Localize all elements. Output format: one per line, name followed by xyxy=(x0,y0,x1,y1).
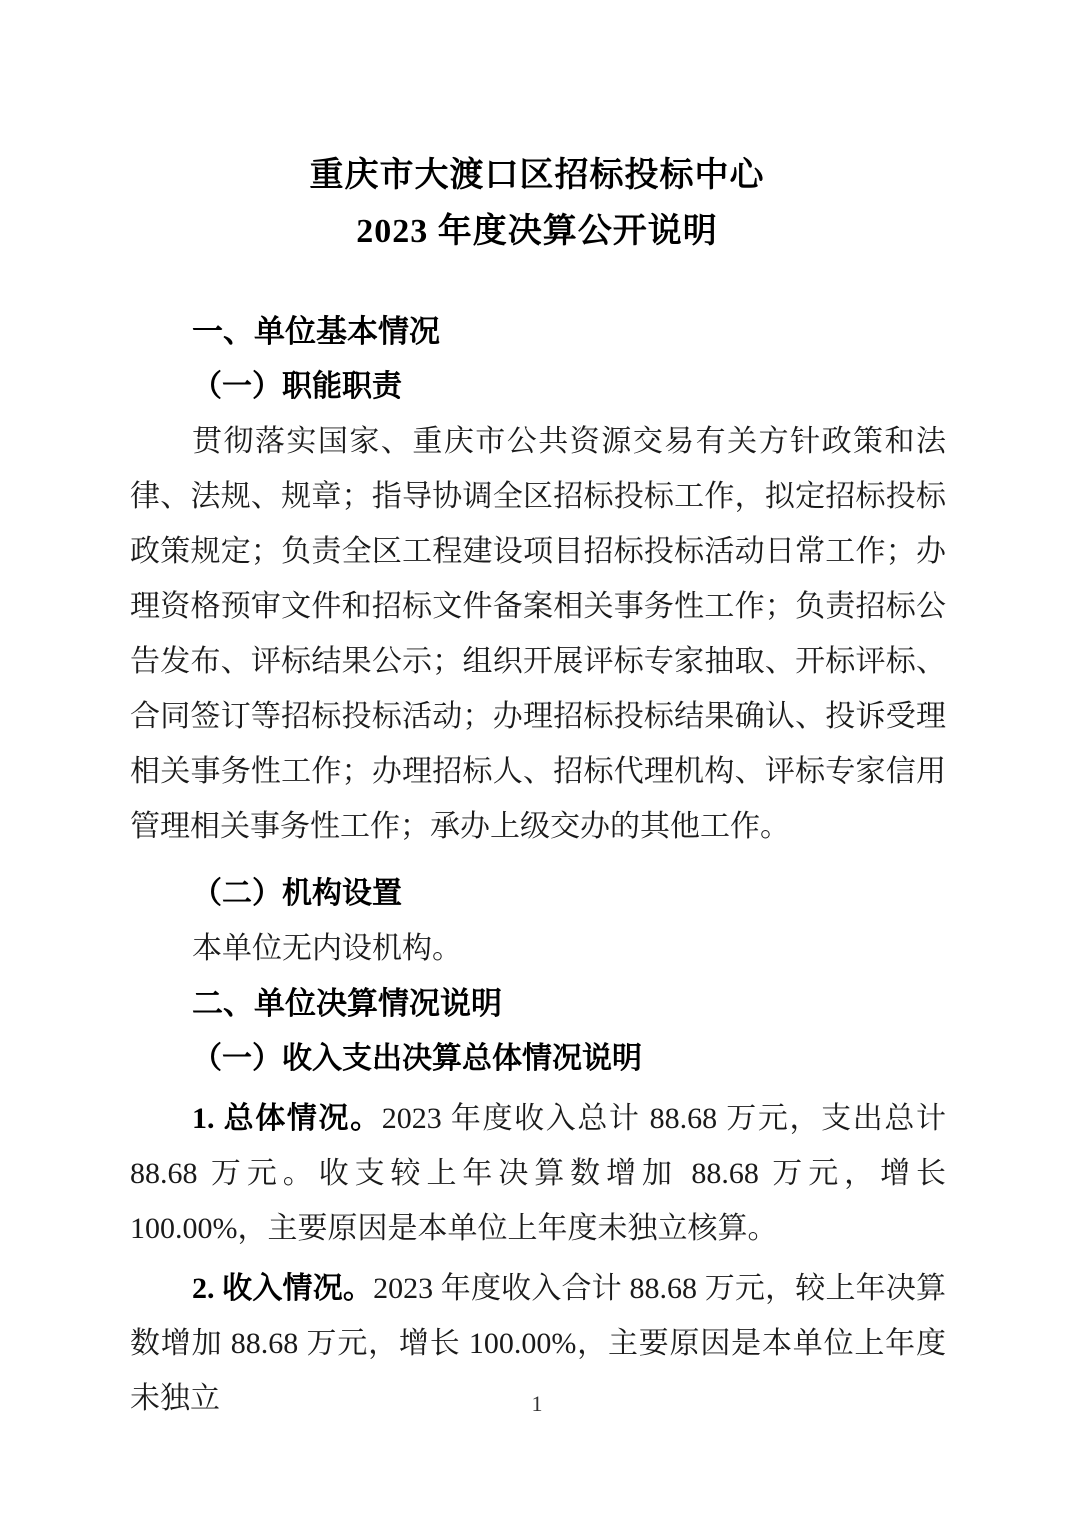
doc-title-line1: 重庆市大渡口区招标投标中心 xyxy=(0,148,1074,204)
page-number: 1 xyxy=(0,1392,1074,1416)
section-2-1-heading: （一）收入支出决算总体情况说明 xyxy=(130,1031,946,1086)
overall-situation-paragraph: 1. 总体情况。2023 年度收入总计 88.68 万元，支出总计 88.68 … xyxy=(130,1091,946,1256)
section-1-1-heading: （一）职能职责 xyxy=(130,359,946,414)
document-page: 重庆市大渡口区招标投标中心 2023 年度决算公开说明 一、单位基本情况 （一）… xyxy=(0,0,1074,1520)
document-body: 一、单位基本情况 （一）职能职责 贯彻落实国家、重庆市公共资源交易有关方针政策和… xyxy=(130,304,946,1426)
income-situation-lead: 2. 收入情况。 xyxy=(192,1272,373,1305)
doc-title-line2: 2023 年度决算公开说明 xyxy=(0,204,1074,260)
section-2-heading: 二、单位决算情况说明 xyxy=(130,976,946,1031)
overall-situation-lead: 1. 总体情况。 xyxy=(192,1102,382,1135)
document-header: 重庆市大渡口区招标投标中心 2023 年度决算公开说明 xyxy=(0,0,1074,260)
org-setup-paragraph: 本单位无内设机构。 xyxy=(130,921,946,976)
section-1-2-heading: （二）机构设置 xyxy=(130,866,946,921)
section-1-heading: 一、单位基本情况 xyxy=(130,304,946,359)
duties-paragraph: 贯彻落实国家、重庆市公共资源交易有关方针政策和法律、法规、规章；指导协调全区招标… xyxy=(130,414,946,854)
